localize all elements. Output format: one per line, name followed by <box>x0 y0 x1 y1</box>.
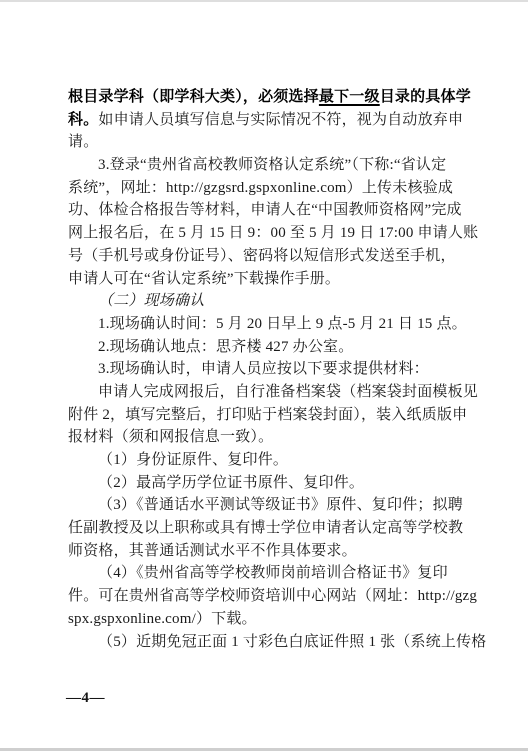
document-line: （5）近期免冠正面 1 寸彩色白底证件照 1 张（系统上传格 <box>68 631 482 654</box>
document-page: { "page": { "number_label": "—4—" }, "do… <box>0 0 528 751</box>
document-line: 师资格，其普通话测试水平不作具体要求。 <box>68 540 482 563</box>
bold-text: 根目录学科（即学科大类），必须选择 <box>68 88 319 105</box>
text-segment: 3.登录“贵州省高校教师资格认定系统”（下称:“省认定 <box>98 157 446 173</box>
document-line: spx.gspxonline.com/）下载。 <box>68 608 482 631</box>
document-line: （4）《贵州省高等学校教师岗前培训合格证书》复印 <box>68 562 482 585</box>
document-line: 申请人可在“省认定系统”下载操作手册。 <box>68 268 482 291</box>
document-line: 3.登录“贵州省高校教师资格认定系统”（下称:“省认定 <box>68 154 482 177</box>
text-segment: 请。 <box>68 134 98 150</box>
document-line: （2）最高学历学位证书原件、复印件。 <box>68 472 482 495</box>
text-segment: （二）现场确认 <box>98 293 204 309</box>
document-line: 请。 <box>68 131 482 154</box>
document-line: 根目录学科（即学科大类），必须选择最下一级目录的具体学 <box>68 86 482 109</box>
document-line: 申请人完成网报后，自行准备档案袋（档案袋封面模板见 <box>68 381 482 404</box>
page-number: —4— <box>66 689 105 707</box>
document-line: 功、体检合格报告等材料，申请人在“中国教师资格网”完成 <box>68 199 482 222</box>
text-segment: （1）身份证原件、复印件。 <box>98 452 288 468</box>
text-segment: 2.现场确认地点：思齐楼 427 办公室。 <box>98 339 353 355</box>
text-segment: 号（手机号或身份证号）、密码将以短信形式发送至手机， <box>68 248 456 264</box>
text-segment: 任副教授及以上职称或具有博士学位申请者认定高等学校教 <box>68 520 463 536</box>
text-segment: 件。可在贵州省高等学校师资培训中心网站（网址：http://gzg <box>68 588 477 604</box>
text-segment: （2）最高学历学位证书原件、复印件。 <box>98 475 364 491</box>
text-segment: 申请人可在“省认定系统”下载操作手册。 <box>68 271 340 287</box>
document-line: 网上报名后，在 5 月 15 日 9：00 至 5 月 19 日 17:00 申… <box>68 222 482 245</box>
text-segment: 3.现场确认时，申请人员应按以下要求提供材料： <box>98 361 429 377</box>
bold-text: 科。 <box>68 111 98 128</box>
text-segment: 附件 2，填写完整后，打印贴于档案袋封面），装入纸质版申 <box>68 407 467 423</box>
text-segment: （4）《贵州省高等学校教师岗前培训合格证书》复印 <box>98 565 448 581</box>
text-segment: 功、体检合格报告等材料，申请人在“中国教师资格网”完成 <box>68 202 462 218</box>
document-line: 号（手机号或身份证号）、密码将以短信形式发送至手机， <box>68 245 482 268</box>
bold-text: 目录的具体学 <box>380 88 471 105</box>
text-segment: 如申请人员填写信息与实际情况不符，视为自动放弃申 <box>98 112 463 128</box>
text-segment: 申请人完成网报后，自行准备档案袋（档案袋封面模板见 <box>98 384 478 400</box>
text-segment: 师资格，其普通话测试水平不作具体要求。 <box>68 543 357 559</box>
document-line: （1）身份证原件、复印件。 <box>68 449 482 472</box>
text-segment: 网上报名后，在 5 月 15 日 9：00 至 5 月 19 日 17:00 申… <box>68 225 478 241</box>
text-segment: spx.gspxonline.com/）下载。 <box>68 611 257 627</box>
document-line: 报材料（须和网报信息一致）。 <box>68 426 482 449</box>
document-line: 1.现场确认时间：5 月 20 日早上 9 点-5 月 21 日 15 点。 <box>68 313 482 336</box>
text-segment: 报材料（须和网报信息一致）。 <box>68 429 273 445</box>
document-line: 3.现场确认时，申请人员应按以下要求提供材料： <box>68 358 482 381</box>
document-body: 根目录学科（即学科大类），必须选择最下一级目录的具体学科。如申请人员填写信息与实… <box>68 86 482 653</box>
document-line: （二）现场确认 <box>68 290 482 313</box>
document-line: 任副教授及以上职称或具有博士学位申请者认定高等学校教 <box>68 517 482 540</box>
document-line: 2.现场确认地点：思齐楼 427 办公室。 <box>68 336 482 359</box>
document-line: 附件 2，填写完整后，打印贴于档案袋封面），装入纸质版申 <box>68 404 482 427</box>
document-line: 系统”，网址：http://gzgsrd.gspxonline.com）上传未核… <box>68 177 482 200</box>
text-segment: 1.现场确认时间：5 月 20 日早上 9 点-5 月 21 日 15 点。 <box>98 316 467 332</box>
document-line: 科。如申请人员填写信息与实际情况不符，视为自动放弃申 <box>68 109 482 132</box>
text-segment: 系统”，网址：http://gzgsrd.gspxonline.com）上传未核… <box>68 180 453 196</box>
document-line: （3）《普通话水平测试等级证书》原件、复印件；拟聘 <box>68 494 482 517</box>
text-segment: （3）《普通话水平测试等级证书》原件、复印件；拟聘 <box>98 497 463 513</box>
underlined-text: 最下一级 <box>319 88 380 105</box>
page-top-edge <box>0 0 528 2</box>
document-line: 件。可在贵州省高等学校师资培训中心网站（网址：http://gzg <box>68 585 482 608</box>
text-segment: （5）近期免冠正面 1 寸彩色白底证件照 1 张（系统上传格 <box>98 634 487 650</box>
